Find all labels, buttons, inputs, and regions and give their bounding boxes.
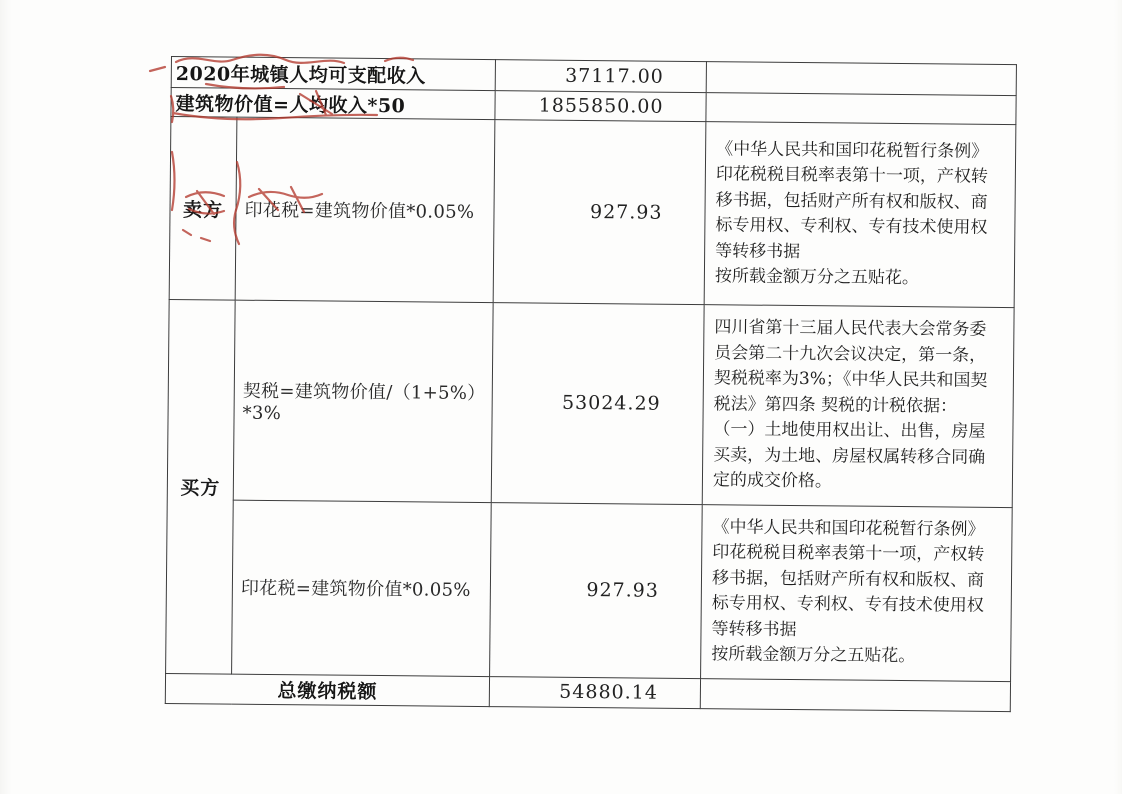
income-value: 37117.00: [495, 60, 706, 93]
income-label: 2020年城镇人均可支配收入: [171, 57, 495, 91]
row-seller-stamp-tax: 卖方 印花税=建筑物价值*0.05% 927.93 《中华人民共和国印花税暂行条…: [169, 117, 1016, 308]
seller-stamp-remark: 《中华人民共和国印花税暂行条例》印花税税目税率表第十一项，产权转移书据，包括财产…: [704, 122, 1016, 308]
total-value: 54880.14: [489, 676, 700, 708]
seller-stamp-remark-note: 按所载金额万分之五贴花。: [715, 264, 989, 292]
income-remark-empty: [706, 62, 1016, 96]
buyer-deed-remark-main: 四川省第十三届人民代表大会常务委员会第二十九次会议决定，第一条，契税税率为3%；…: [714, 315, 989, 420]
total-label: 总缴纳税额: [165, 673, 489, 706]
seller-party-cell: 卖方: [169, 117, 237, 301]
buyer-stamp-remark-main: 《中华人民共和国印花税暂行条例》印花税税目税率表第十一项，产权转移书据，包括财产…: [711, 515, 986, 645]
buyer-stamp-remark-note: 按所载金额万分之五贴花。: [711, 642, 985, 670]
buyer-deed-remark: 四川省第十三届人民代表大会常务委员会第二十九次会议决定，第一条，契税税率为3%；…: [702, 305, 1014, 507]
buyer-stamp-remark: 《中华人民共和国印花税暂行条例》印花税税目税率表第十一项，产权转移书据，包括财产…: [701, 504, 1013, 681]
buyer-stamp-value: 927.93: [490, 502, 703, 678]
seller-stamp-formula: 印花税=建筑物价值*0.05%: [235, 117, 495, 302]
total-remark-empty: [700, 678, 1010, 711]
row-buyer-deed-tax: 买方 契税=建筑物价值/（1+5%）*3% 53024.29 四川省第十三届人民…: [167, 299, 1014, 507]
scanned-document-page: 2020年城镇人均可支配收入 37117.00 建筑物价值=人均收入*50 18…: [0, 0, 1122, 794]
building-value-remark-empty: [706, 93, 1016, 125]
building-value-label: 建筑物价值=人均收入*50: [171, 88, 495, 120]
seller-stamp-remark-main: 《中华人民共和国印花税暂行条例》印花税税目税率表第十一项，产权转移书据，包括财产…: [715, 137, 990, 267]
seller-stamp-value: 927.93: [493, 120, 706, 305]
buyer-deed-formula: 契税=建筑物价值/（1+5%）*3%: [233, 300, 493, 502]
buyer-stamp-formula: 印花税=建筑物价值*0.05%: [232, 500, 492, 676]
buyer-party-cell: 买方: [166, 299, 236, 673]
tax-calculation-table: 2020年城镇人均可支配收入 37117.00 建筑物价值=人均收入*50 18…: [165, 56, 1017, 712]
buyer-deed-value: 53024.29: [491, 303, 704, 505]
row-buyer-stamp-tax: 印花税=建筑物价值*0.05% 927.93 《中华人民共和国印花税暂行条例》印…: [166, 499, 1013, 681]
buyer-deed-remark-note: （一）土地使用权出让、出售，房屋买卖，为土地、房屋权属转移合同确定的成交价格。: [713, 417, 988, 496]
red-ink-stroke: [150, 67, 165, 71]
building-value-value: 1855850.00: [495, 91, 706, 122]
